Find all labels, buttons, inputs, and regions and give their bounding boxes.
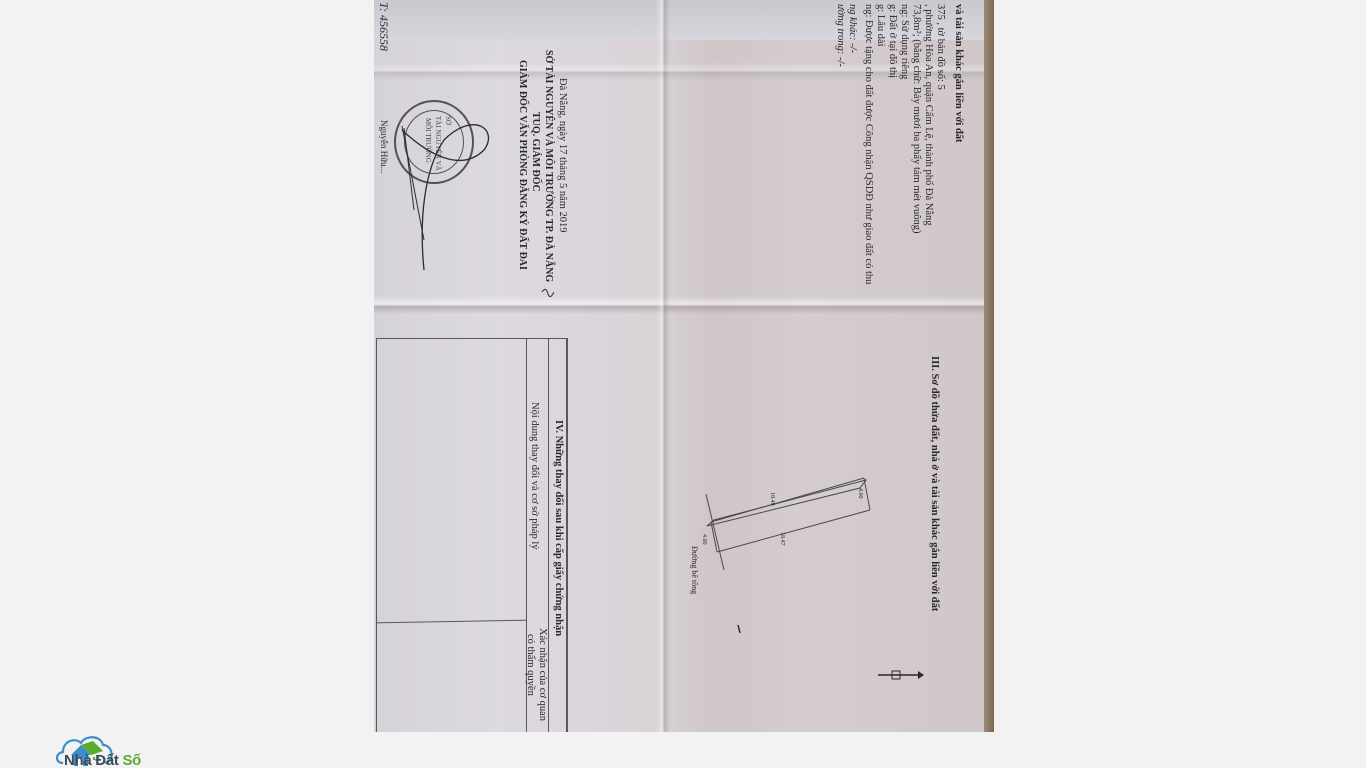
plot-side-right: 4.00 — [854, 488, 866, 499]
watermark-brand: Nhà Đất Số — [64, 752, 141, 768]
col-header-confirm: Xác nhận của cơ quan — [536, 628, 548, 721]
plot-side-bottom: 18.47 — [776, 532, 788, 546]
plot-side-top: 18.48 — [766, 492, 778, 506]
certificate-paper: và tài sản khác gắn liền với đất 375 , t… — [374, 0, 986, 732]
plot-side-left: 4.00 — [698, 534, 710, 545]
table-surface — [984, 0, 994, 732]
road-label: Đường bê tông — [688, 546, 700, 594]
col-header-content: Nội dung thay đổi và cơ sở pháp lý — [528, 402, 540, 550]
document-photo: và tài sản khác gắn liền với đất 375 , t… — [374, 0, 994, 732]
section-iv-heading: IV. Những thay đổi sau khi cấp giấy chứn… — [552, 420, 564, 636]
col-header-confirm-2: có thẩm quyền — [524, 634, 536, 696]
